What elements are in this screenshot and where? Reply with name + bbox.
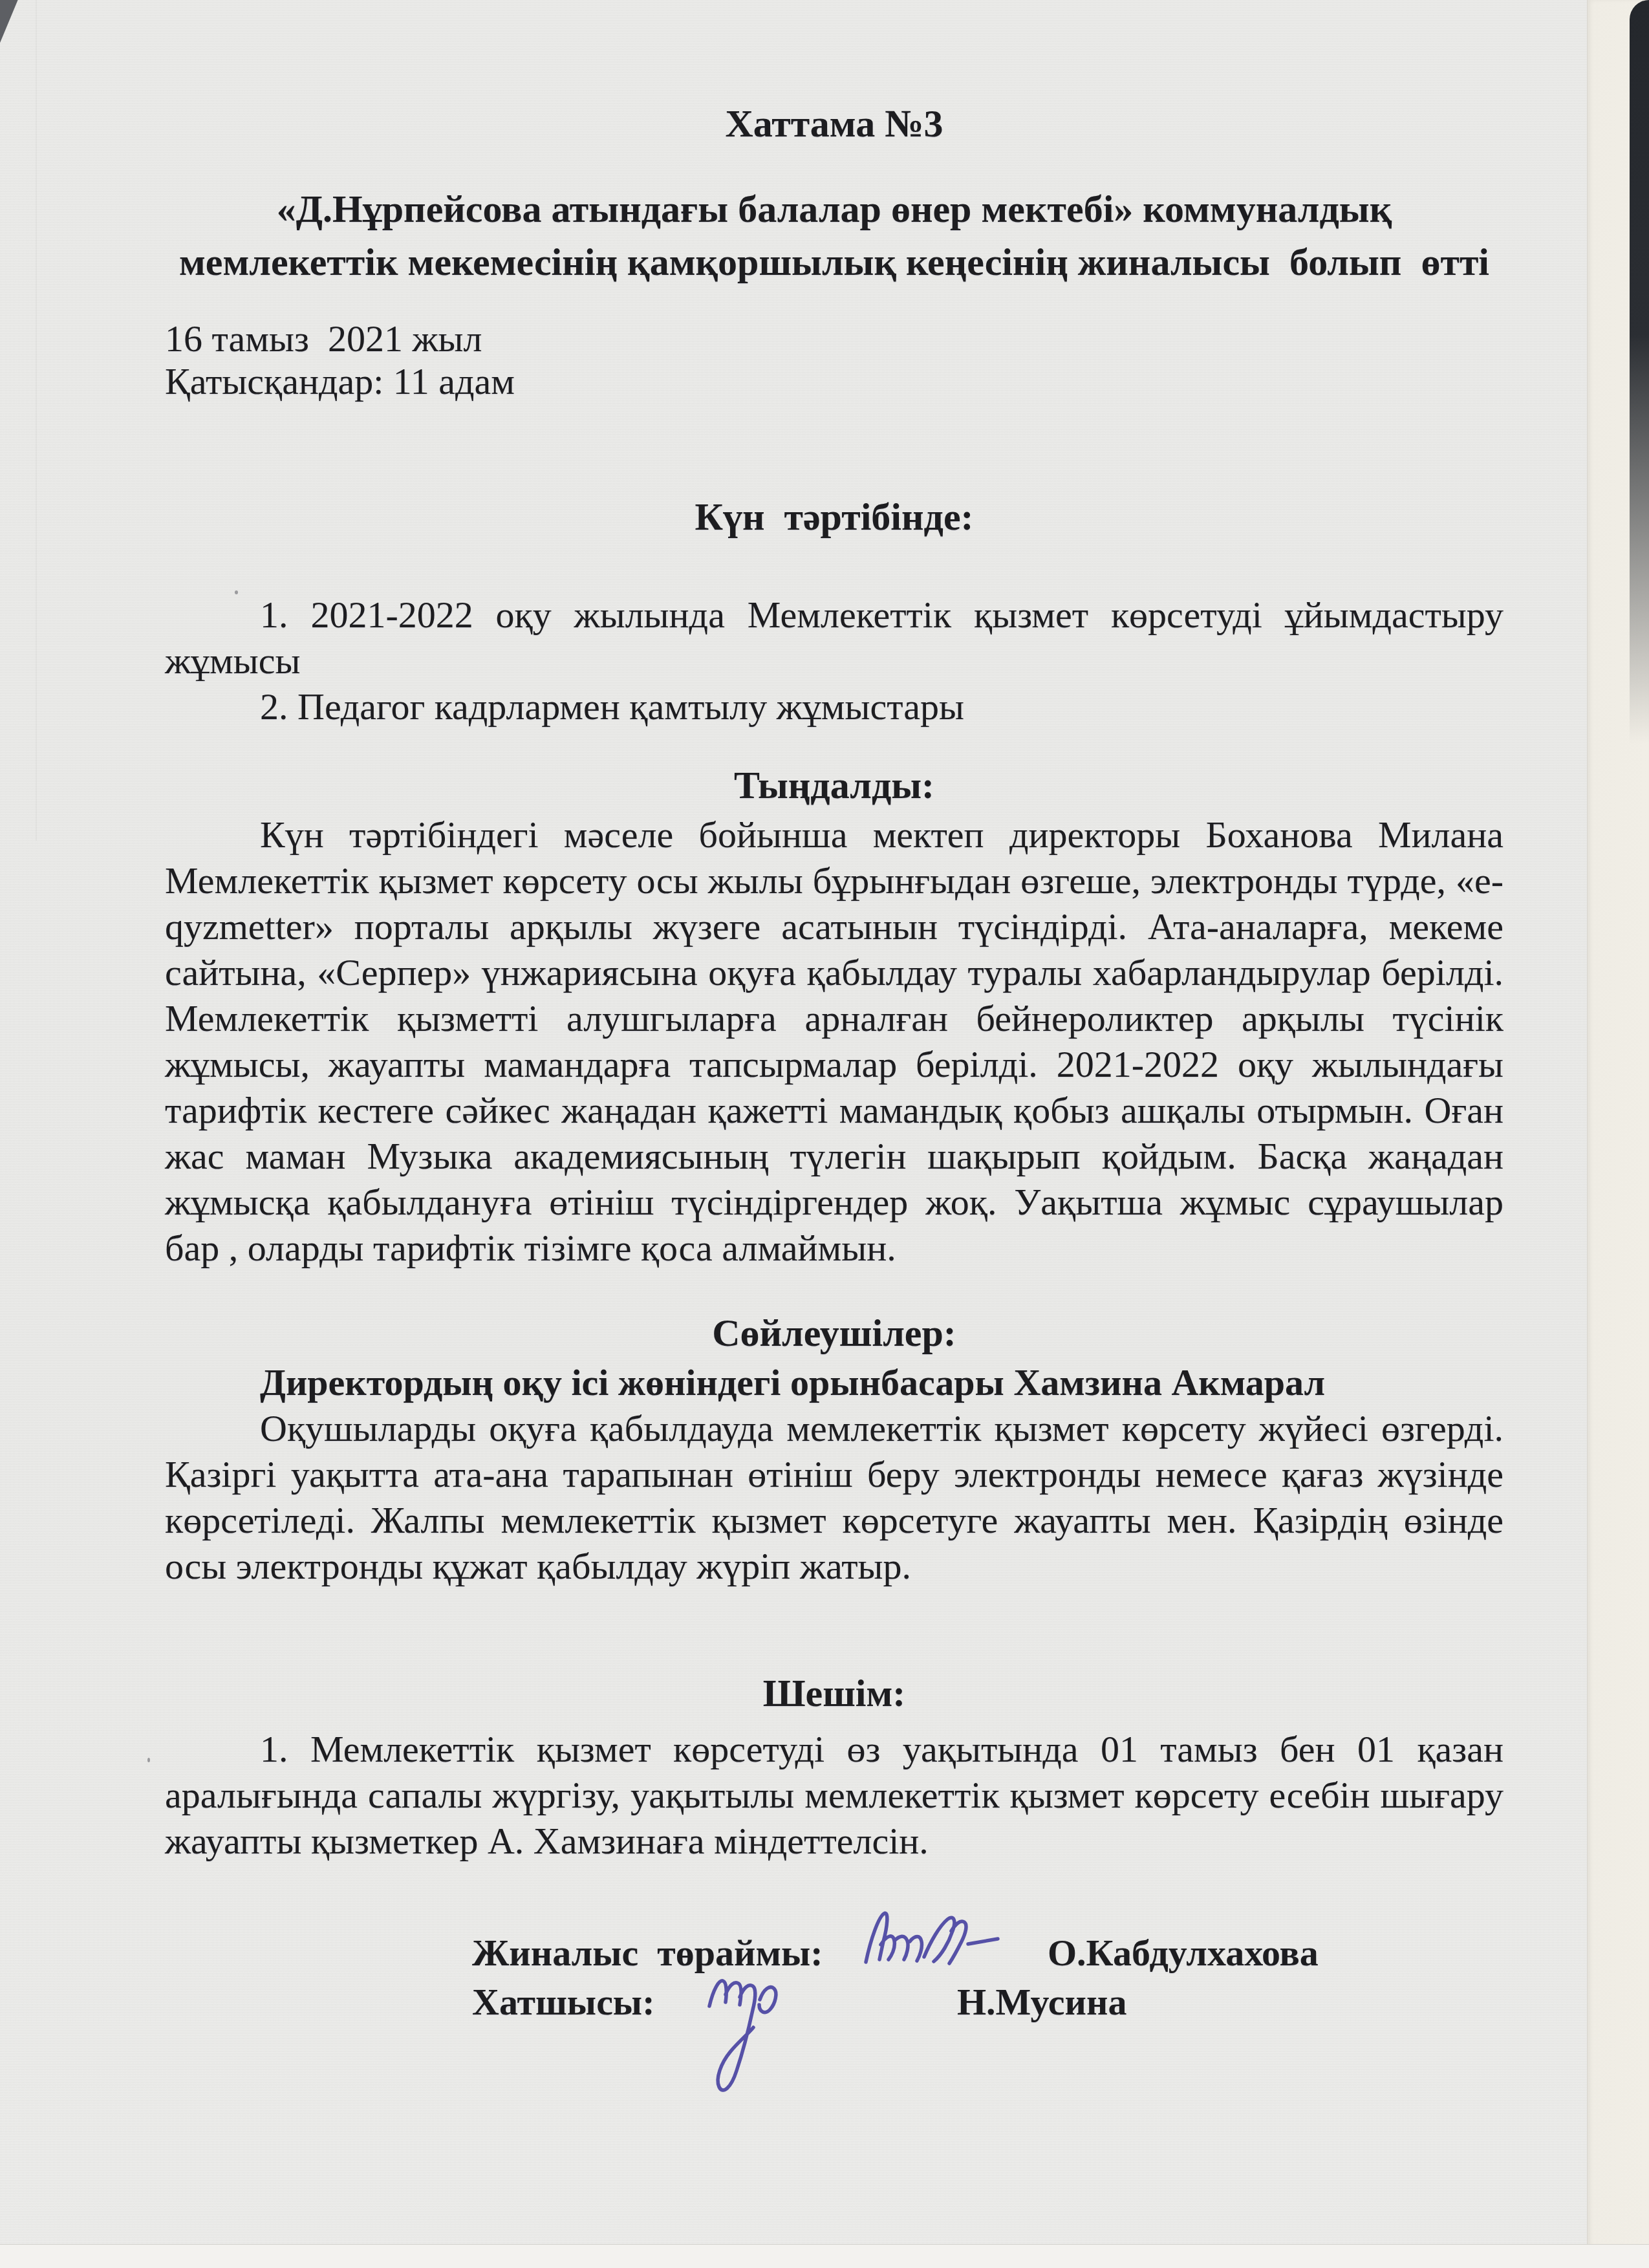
agenda-item-2: 2. Педагог кадрлармен қамтылу жұмыстары: [165, 684, 1503, 729]
heard-paragraph: Күн тәртібіндегі мәселе бойынша мектеп д…: [165, 812, 1503, 1271]
date-line: 16 тамыз 2021 жыл: [165, 318, 1503, 360]
chair-label: Жиналыс төраймы:: [472, 1932, 823, 1974]
document-body: Хаттама №3 «Д.Нұрпейсова атындағы балала…: [0, 0, 1649, 2027]
agenda-heading: Күн тәртібінде:: [165, 490, 1503, 543]
signature-block: Жиналыс төраймы: О.Кабдулхахова Хатшысы:…: [472, 1928, 1503, 2027]
heard-heading: Тыңдалды:: [165, 759, 1503, 812]
agenda-item-1: 1. 2021-2022 оқу жылында Мемлекеттік қыз…: [165, 592, 1503, 684]
chair-signature-stroke: [866, 1913, 998, 1963]
speakers-heading: Сөйлеушілер:: [165, 1306, 1503, 1359]
decision-paragraph: 1. Мемлекеттік қызмет көрсетуді өз уақыт…: [165, 1726, 1503, 1864]
meta-block: 16 тамыз 2021 жыл Қатысқандар: 11 адам: [165, 318, 1503, 403]
secretary-signature-stroke: [709, 1981, 776, 2090]
scanned-page: Хаттама №3 «Д.Нұрпейсова атындағы балала…: [0, 0, 1649, 2268]
paper-bottom-edge: [0, 2244, 1649, 2268]
speaker-name-line: Директордың оқу ісі жөніндегі орынбасары…: [165, 1359, 1503, 1405]
chair-signature: [857, 1904, 1009, 1978]
attendees-line: Қатысқандар: 11 адам: [165, 360, 1503, 403]
secretary-name: Н.Мусина: [957, 1978, 1126, 2027]
secretary-label: Хатшысы:: [472, 1981, 654, 2023]
document-subtitle: «Д.Нұрпейсова атындағы балалар өнер мект…: [165, 182, 1503, 288]
chair-signature-row: Жиналыс төраймы: О.Кабдулхахова: [472, 1928, 1503, 1978]
secretary-signature-row: Хатшысы: Н.Мусина: [472, 1978, 1503, 2027]
chair-name: О.Кабдулхахова: [1048, 1928, 1319, 1978]
decision-heading: Шешім:: [165, 1667, 1503, 1720]
speakers-paragraph: Оқушыларды оқуға қабылдауда мемлекеттік …: [165, 1405, 1503, 1589]
secretary-signature: [702, 1970, 821, 2109]
page-title: Хаттама №3: [165, 97, 1503, 150]
